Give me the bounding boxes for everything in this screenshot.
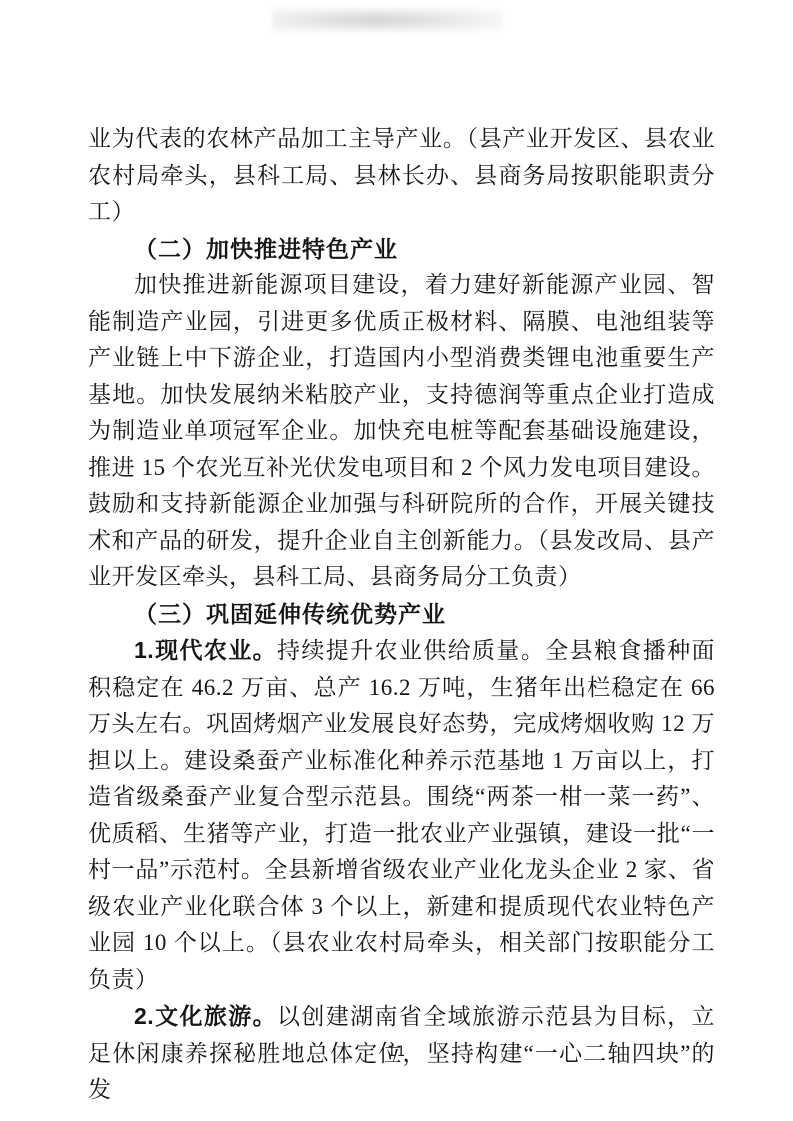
page-body: 业为代表的农林产品加工主导产业。（县产业开发区、县农业农村局牵头，县科工局、县林… [88, 121, 715, 1109]
section-heading-2: （二）加快推进特色产业 [88, 231, 715, 268]
document-page: 业为代表的农林产品加工主导产业。（县产业开发区、县农业农村局牵头，县科工局、县林… [0, 0, 793, 1121]
body-paragraph-modern-agriculture: 1.现代农业。持续提升农业供给质量。全县粮食播种面积稳定在 46.2 万亩、总产… [88, 632, 715, 998]
page-number: 11 [0, 1044, 793, 1060]
paragraph-text-modern-agriculture: 持续提升农业供给质量。全县粮食播种面积稳定在 46.2 万亩、总产 16.2 万… [88, 638, 715, 992]
paragraph-lead-culture-tourism: 2.文化旅游。 [134, 1003, 277, 1029]
body-paragraph-special-industry: 加快推进新能源项目建设，着力建好新能源产业园、智能制造产业园，引进更多优质正极材… [88, 267, 715, 596]
body-paragraph-continuation: 业为代表的农林产品加工主导产业。（县产业开发区、县农业农村局牵头，县科工局、县林… [88, 121, 715, 231]
section-heading-3: （三）巩固延伸传统优势产业 [88, 596, 715, 633]
paragraph-lead-modern-agriculture: 1.现代农业。 [134, 637, 277, 663]
scan-bleed-artifact [272, 8, 502, 32]
